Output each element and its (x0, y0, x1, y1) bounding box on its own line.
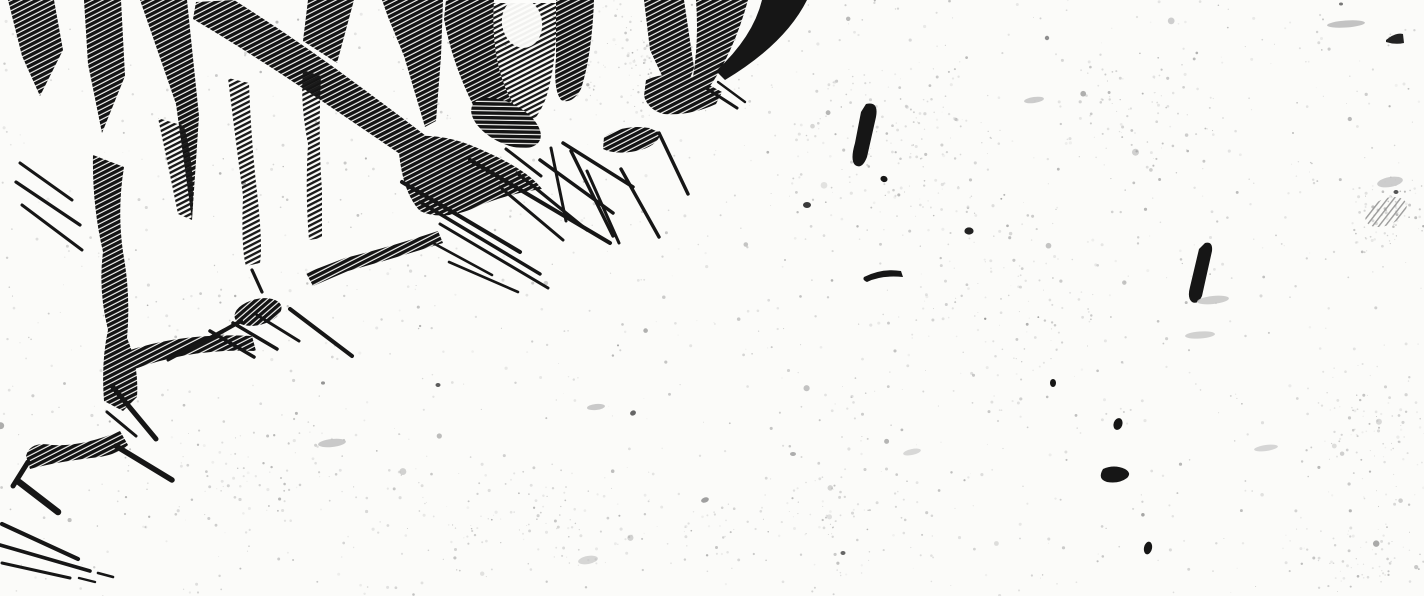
wedge-fleck (1386, 34, 1404, 44)
stem-dash (252, 270, 262, 292)
dot-fleck (803, 202, 811, 208)
stem-spur (116, 446, 172, 480)
bar-fleck (1189, 243, 1212, 303)
whisker-line (433, 243, 492, 275)
hatch-line (20, 163, 72, 200)
whisker-line (659, 133, 688, 194)
stem-arm (124, 335, 256, 370)
dot-fleck (964, 227, 973, 234)
dash-fleck (863, 270, 903, 282)
smudge (577, 554, 598, 565)
speck (436, 383, 441, 387)
speck (790, 452, 796, 456)
whisker-line (517, 173, 587, 230)
speck (1394, 190, 1399, 194)
smudge (1327, 19, 1365, 29)
corner-line (98, 573, 113, 577)
hatch-line (22, 205, 82, 250)
scanned-page (0, 0, 1424, 596)
comma-fleck (1112, 417, 1124, 431)
ink-mass (603, 127, 661, 153)
speck (629, 409, 637, 416)
corner-line (2, 563, 70, 578)
stem-dashes (228, 78, 261, 266)
hook-stroke (26, 431, 128, 469)
corner-line (2, 524, 78, 559)
comma-fleck (1143, 541, 1153, 555)
speck (1339, 3, 1343, 6)
whisker-line (290, 309, 352, 356)
smudge (587, 403, 606, 411)
speck (1045, 36, 1049, 40)
stem-dashes (302, 70, 322, 240)
smudge (1185, 330, 1215, 339)
comma-fleck (853, 104, 877, 167)
speck (841, 551, 846, 555)
scanned-ink-drawing (0, 0, 1424, 596)
stem (93, 155, 137, 411)
smudge (318, 438, 347, 449)
stem-spur (107, 412, 136, 436)
ledge-cluster (398, 127, 688, 292)
blob-fleck (1101, 467, 1129, 483)
frond (8, 0, 63, 96)
smudge (1376, 175, 1403, 189)
leaf-row (306, 231, 443, 286)
smudge (1361, 191, 1412, 233)
hatch-line (16, 182, 80, 225)
smudge (903, 447, 922, 457)
frond (84, 0, 125, 133)
whisker-line (621, 169, 659, 237)
ink-marks (803, 34, 1404, 555)
stem-structure (0, 70, 443, 582)
corner-line (79, 578, 95, 582)
whisker-line (449, 262, 518, 292)
speck (321, 381, 325, 384)
smudge (1254, 443, 1279, 452)
hook-tail (19, 482, 58, 512)
dot-fleck (880, 175, 889, 183)
smudge (1024, 96, 1045, 105)
speck (700, 496, 709, 503)
frond (382, 0, 443, 127)
leaflet-line (257, 315, 299, 341)
dot-fleck (1050, 379, 1056, 387)
